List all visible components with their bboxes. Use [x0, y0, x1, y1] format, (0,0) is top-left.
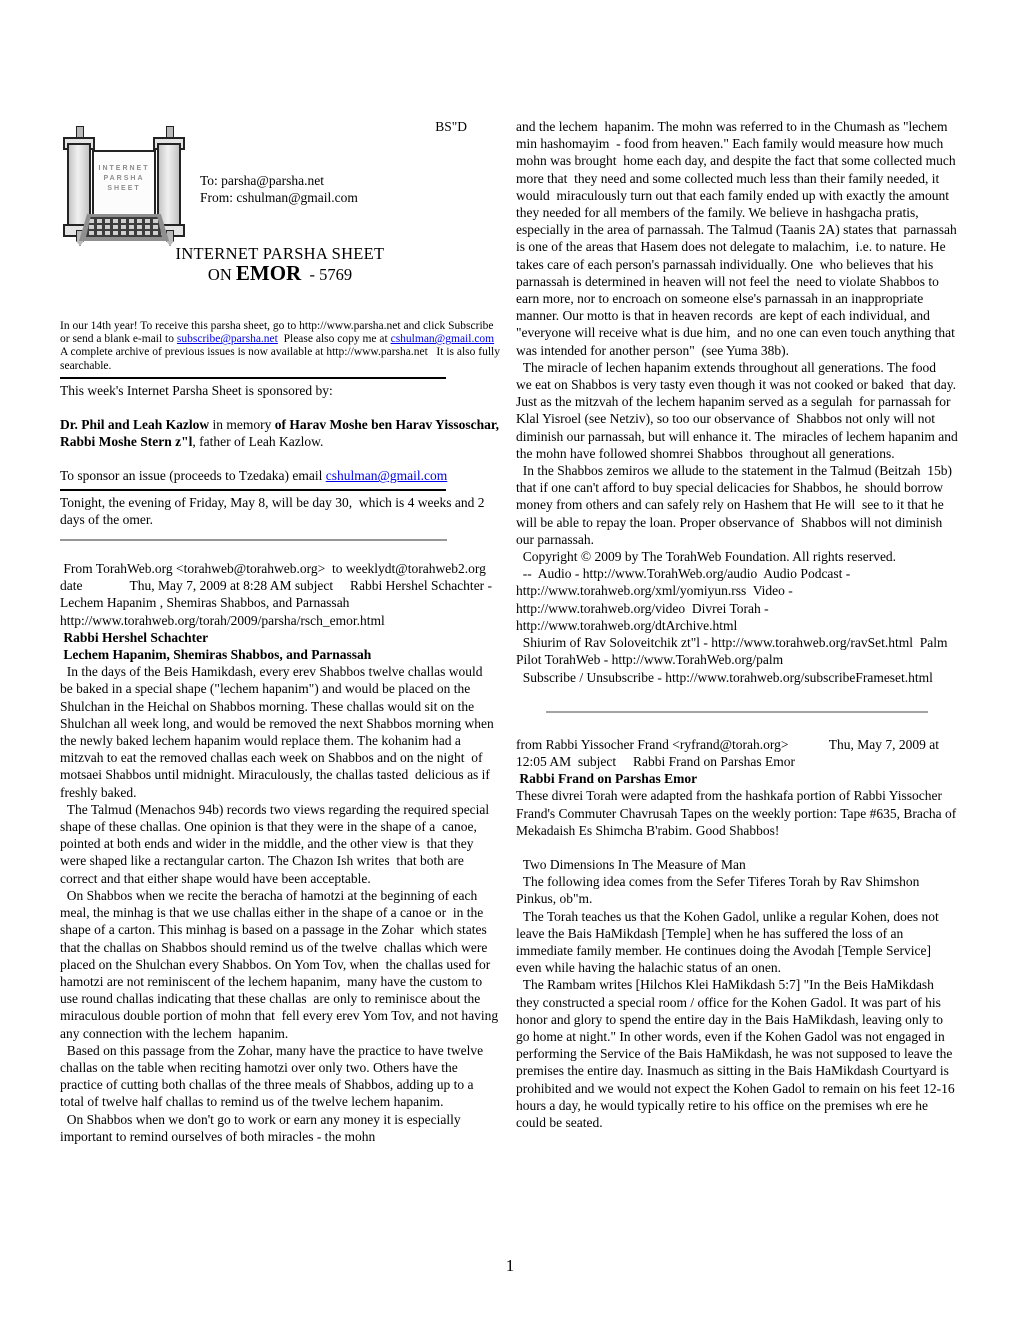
- sponsor-email-link[interactable]: cshulman@gmail.com: [326, 468, 448, 483]
- left-column: BS"D Internet Parsha Sheet: [60, 118, 500, 1145]
- section-divider: [546, 711, 928, 713]
- article-paragraph: The miracle of lechen hapanim extends th…: [516, 359, 958, 462]
- masthead-title: INTERNET PARSHA SHEET: [60, 245, 500, 262]
- sponsored-by-line: This week's Internet Parsha Sheet is spo…: [60, 382, 500, 399]
- keyboard-icon: [79, 214, 169, 241]
- right-column: and the lechem hapanim. The mohn was ref…: [516, 118, 958, 1131]
- article-paragraph: In the days of the Beis Hamikdash, every…: [60, 663, 500, 801]
- email-header-torahweb: From TorahWeb.org <torahweb@torahweb.org…: [60, 560, 500, 629]
- sponsor-dedication: Dr. Phil and Leah Kazlow in memory of Ha…: [60, 416, 500, 450]
- article-paragraph: The Talmud (Menachos 94b) records two vi…: [60, 801, 500, 887]
- frand-article-title: Rabbi Frand on Parshas Emor: [516, 770, 958, 787]
- article-title: Lechem Hapanim, Shemiras Shabbos, and Pa…: [60, 646, 500, 663]
- intro-note: In our 14th year! To receive this parsha…: [60, 320, 500, 373]
- logo-text: Internet Parsha Sheet: [94, 164, 154, 194]
- section-divider: [60, 539, 447, 541]
- parsha-logo: Internet Parsha Sheet: [62, 126, 186, 244]
- page-number: 1: [0, 1256, 1020, 1276]
- mail-from-line: From: cshulman@gmail.com: [200, 189, 358, 206]
- subscribe-link[interactable]: subscribe@parsha.net: [177, 333, 278, 345]
- to-sponsor-line: To sponsor an issue (proceeds to Tzedaka…: [60, 467, 500, 484]
- links-line: Shiurim of Rav Soloveitchik zt"l - http:…: [516, 634, 958, 668]
- article-paragraph: Two Dimensions In The Measure of Man: [516, 856, 958, 873]
- divider: [60, 489, 446, 491]
- article-paragraph: On Shabbos when we recite the beracha of…: [60, 887, 500, 1042]
- article-paragraph: Based on this passage from the Zohar, ma…: [60, 1042, 500, 1111]
- article-paragraph: These divrei Torah were adapted from the…: [516, 787, 958, 839]
- mail-header: To: parsha@parsha.net From: cshulman@gma…: [200, 172, 358, 206]
- article-paragraph: and the lechem hapanim. The mohn was ref…: [516, 118, 958, 359]
- email-header-frand: from Rabbi Yissocher Frand <ryfrand@tora…: [516, 736, 958, 770]
- parsha-name: EMOR: [236, 261, 301, 285]
- article-paragraph: The Torah teaches us that the Kohen Gado…: [516, 908, 958, 977]
- links-line: Subscribe / Unsubscribe - http://www.tor…: [516, 669, 958, 686]
- divider: [60, 377, 446, 379]
- masthead-subtitle: ON EMOR - 5769: [60, 265, 500, 283]
- omer-note: Tonight, the evening of Friday, May 8, w…: [60, 494, 500, 528]
- mail-to-line: To: parsha@parsha.net: [200, 172, 358, 189]
- links-line: -- Audio - http://www.TorahWeb.org/audio…: [516, 565, 958, 634]
- author-name: Rabbi Hershel Schachter: [60, 629, 500, 646]
- copyright-line: Copyright © 2009 by The TorahWeb Foundat…: [516, 548, 958, 565]
- torah-scroll-parchment: Internet Parsha Sheet: [92, 150, 156, 216]
- masthead: BS"D Internet Parsha Sheet: [60, 118, 500, 320]
- article-paragraph: The following idea comes from the Sefer …: [516, 873, 958, 907]
- document-page: { "page": { "bsd": "BS\"D", "page_number…: [0, 0, 1020, 1320]
- article-paragraph: The Rambam writes [Hilchos Klei HaMikdas…: [516, 976, 958, 1131]
- article-paragraph: On Shabbos when we don't go to work or e…: [60, 1111, 500, 1145]
- article-paragraph: In the Shabbos zemiros we allude to the …: [516, 462, 958, 548]
- bsd-marker: BS"D: [435, 118, 467, 135]
- copy-email-link[interactable]: cshulman@gmail.com: [391, 333, 495, 345]
